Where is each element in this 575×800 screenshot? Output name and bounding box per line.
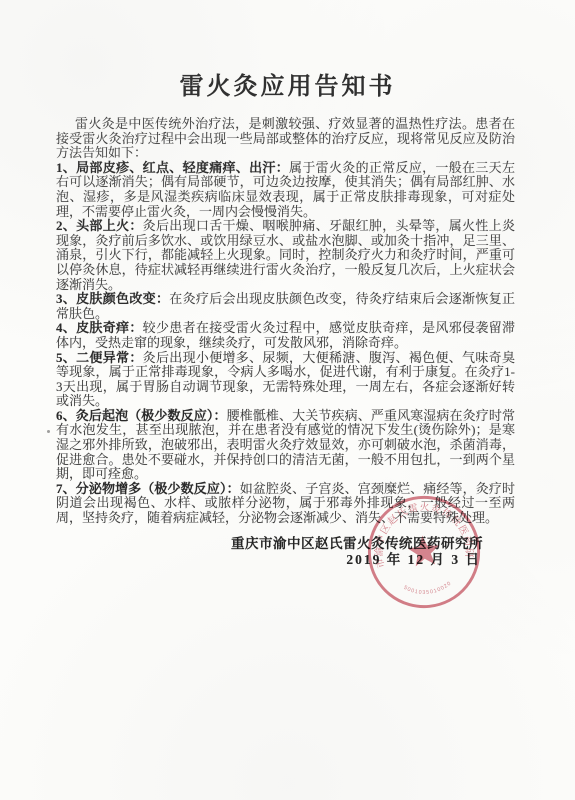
signature-org: 重庆市渝中区赵氏雷火灸传统医药研究所 [56, 537, 483, 552]
notice-item-3: 3、皮肤颜色改变：在灸疗后会出现皮肤颜色改变，待灸疗结束后会逐渐恢复正常肤色。 [56, 292, 515, 321]
item-label: 4、皮肤奇痒： [56, 320, 143, 335]
item-label: 1、局部皮疹、红点、轻度痛痒、出汗： [56, 160, 289, 175]
document-body: 雷火灸是中医传统外治疗法，是刺激较强、疗效显著的温热性疗法。患者在接受雷火灸治疗… [0, 102, 575, 568]
notice-item-7: 7、分泌物增多（极少数反应）：如盆腔炎、子宫炎、宫颈糜烂、痛经等，灸疗时阴道会出… [56, 482, 515, 526]
item-label: 3、皮肤颜色改变： [56, 291, 169, 306]
signature-block: 重庆市渝中区赵氏雷火灸传统医药研究所 2019 年 12 月 3 日 [56, 537, 515, 568]
notice-item-1: 1、局部皮疹、红点、轻度痛痒、出汗：属于雷火灸的正常反应，一般在三天左右可以逐渐… [56, 161, 515, 219]
scan-speck [47, 430, 50, 433]
notice-item-6: 6、灸后起泡（极少数反应）：腰椎骶椎、大关节疾病、严重风寒湿病在灸疗时常有水泡发… [56, 409, 515, 482]
item-label: 6、灸后起泡（极少数反应）： [56, 408, 227, 423]
item-label: 7、分泌物增多（极少数反应）： [56, 481, 240, 496]
document-page: 雷火灸应用告知书 雷火灸是中医传统外治疗法，是刺激较强、疗效显著的温热性疗法。患… [0, 0, 575, 800]
notice-item-4: 4、皮肤奇痒：较少患者在接受雷火灸过程中，感觉皮肤奇痒，是风邪侵袭留滞体内，受热… [56, 321, 515, 350]
svg-text:5001035010020: 5001035010020 [402, 580, 454, 598]
item-label: 2、头部上火： [56, 218, 143, 233]
page-title: 雷火灸应用告知书 [0, 0, 575, 102]
signature-date: 2019 年 12 月 3 日 [56, 553, 483, 568]
item-label: 5、二便异常： [56, 350, 143, 365]
notice-item-5: 5、二便异常：灸后出现小便增多、尿频，大便稀溏、腹泻、褐色便、气味奇臭等现象，属… [56, 351, 515, 409]
seal-serial-number: 5001035010020 [402, 580, 454, 598]
notice-item-2: 2、头部上火：灸后出现口舌干燥、咽喉肿痛、牙龈红肿，头晕等，属火性上炎现象，灸疗… [56, 219, 515, 292]
intro-paragraph: 雷火灸是中医传统外治疗法，是刺激较强、疗效显著的温热性疗法。患者在接受雷火灸治疗… [56, 117, 515, 161]
